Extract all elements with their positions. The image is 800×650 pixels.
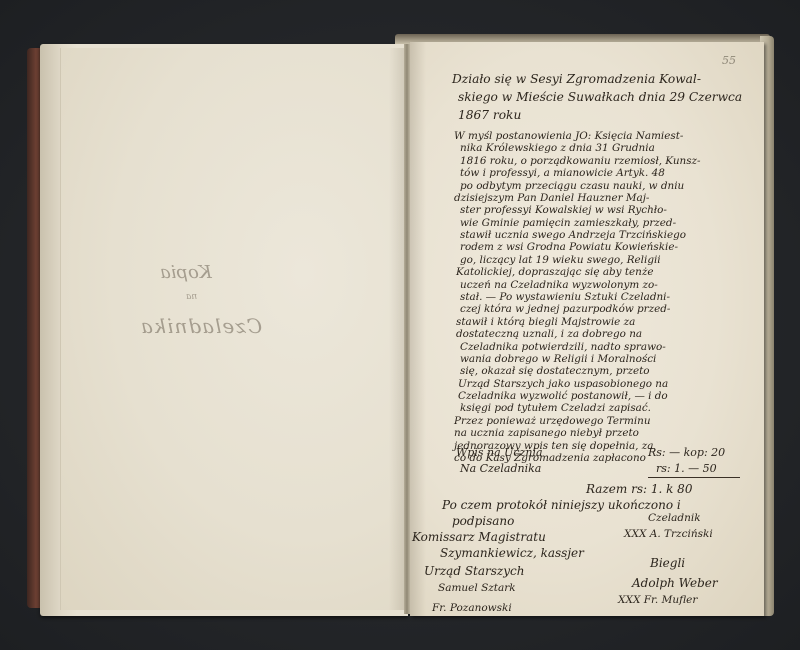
fee-amount: rs: 1. — 50 — [656, 462, 717, 475]
signature: Samuel Sztark — [438, 582, 516, 594]
fee-amount: Rs: — kop: 20 — [648, 446, 725, 459]
closing-line: podpisano — [452, 514, 514, 528]
right-page-closing: Wpis na Ucznia Rs: — kop: 20 Na Czeladni… — [410, 42, 764, 616]
signature: Urząd Starszych — [424, 564, 524, 578]
expert-signature: Adolph Weber — [632, 576, 718, 590]
sum-rule — [648, 477, 740, 478]
journeyman-label: Czeladnik — [648, 512, 701, 524]
signature: Fr. Pozanowski — [432, 602, 512, 614]
total-amount: Razem rs: 1. k 80 — [586, 482, 692, 496]
bleed-through-text: Kopia — [160, 262, 212, 283]
closing-line: Po czem protokół niniejszy ukończono i — [442, 498, 681, 512]
signature: Szymankiewicz, kassjer — [440, 546, 584, 560]
fee-label: Wpis na Ucznia — [456, 446, 543, 459]
experts-label: Biegli — [650, 556, 685, 570]
expert-signature: XXX Fr. Mufler — [618, 594, 697, 606]
bleed-through-text: na — [186, 292, 197, 302]
signature: Komissarz Magistratu — [412, 530, 546, 544]
fee-label: Na Czeladnika — [460, 462, 541, 475]
bleed-through-text: Czeladnika — [140, 314, 262, 338]
journeyman-signature: XXX A. Trzciński — [624, 528, 713, 540]
